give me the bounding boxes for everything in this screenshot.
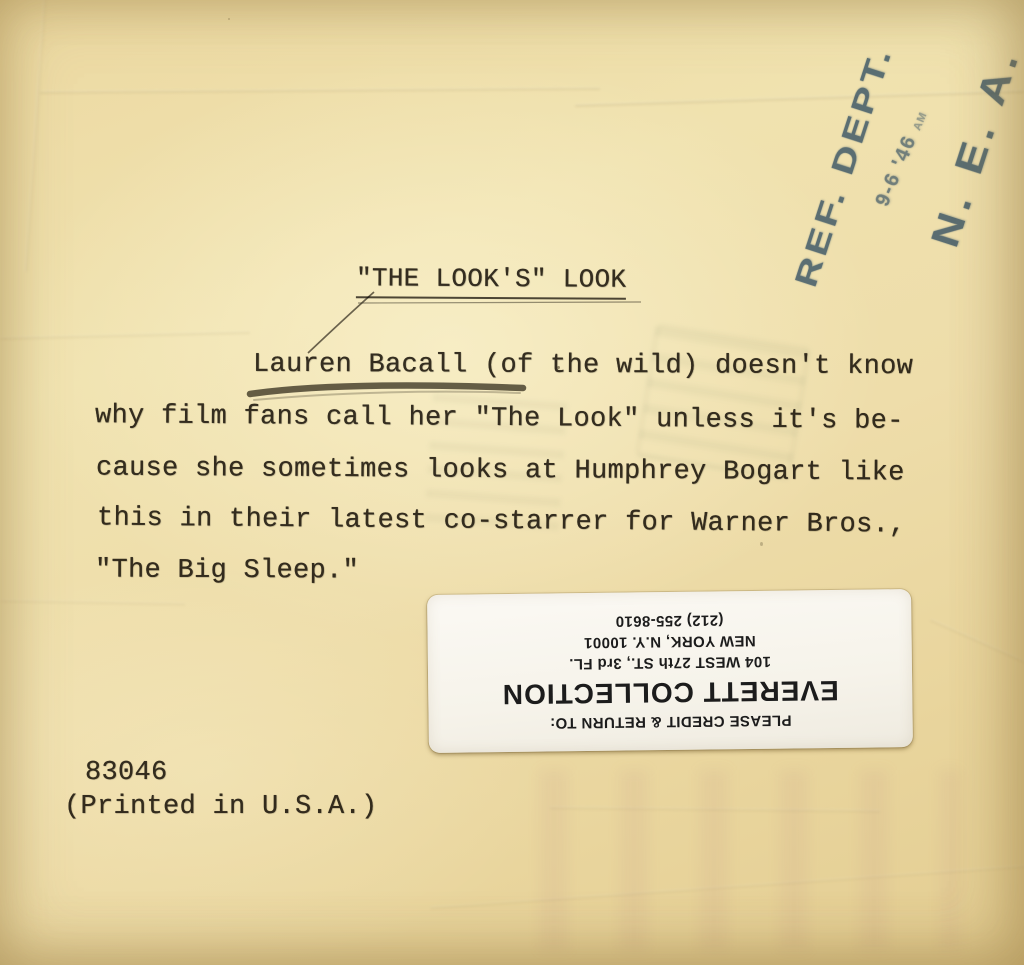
sticker-content: PLEASE CREDIT & RETURN TO: EVERETT COLLE…	[427, 589, 913, 753]
photo-number: 83046	[85, 758, 168, 788]
caption-line-3: cause she sometimes looks at Humphrey Bo…	[96, 454, 905, 489]
ghost-pink-bands-artifact	[540, 770, 960, 950]
sticker-brand-name: EVERETT COLLECTION	[502, 674, 839, 711]
crease-sticker-left	[0, 599, 185, 605]
printed-in-usa: (Printed in U.S.A.)	[64, 792, 378, 822]
pencil-underline	[250, 386, 523, 394]
crease-right-fold	[930, 619, 1024, 675]
crease-top-right	[575, 90, 1024, 107]
sticker-city-line: NEW YORK, N.Y. 10001	[584, 630, 756, 653]
ink-speck	[760, 542, 763, 546]
caption-line-4: this in their latest co-starrer for Warn…	[97, 503, 906, 540]
crease-below-sticker	[550, 806, 880, 812]
sticker-address-line: 104 WEST 27th ST., 3rd FL.	[569, 651, 771, 674]
photo-verso-paper: "THE LOOK'S" LOOK Lauren Bacall (of the …	[0, 0, 1024, 965]
crease-top	[40, 87, 600, 94]
nea-agency-stamp: N. E. A.	[907, 0, 1024, 297]
crease-left-vertical	[24, 0, 47, 272]
everett-collection-sticker: PLEASE CREDIT & RETURN TO: EVERETT COLLE…	[427, 589, 913, 753]
caption-line-2: why film fans call her "The Look" unless…	[95, 401, 904, 437]
sticker-phone-line: (212) 255-8610	[615, 609, 723, 631]
sticker-credit-line: PLEASE CREDIT & RETURN TO:	[550, 710, 792, 734]
pencil-underline-echo	[254, 392, 520, 400]
caption-line-1: Lauren Bacall (of the wild) doesn't know	[253, 350, 913, 382]
title-underline-second	[358, 302, 641, 303]
crease-bottom-diagonal	[431, 863, 1024, 909]
caption-line-5: "The Big Sleep."	[95, 556, 359, 587]
caption-title: "THE LOOK'S" LOOK	[356, 263, 627, 299]
pen-stroke	[308, 292, 374, 353]
ink-speck	[228, 18, 230, 20]
date-stamp-suffix: AM	[911, 110, 930, 132]
date-stamp-text: 9-6 '46	[871, 132, 921, 210]
crease-mid-left	[0, 331, 250, 340]
